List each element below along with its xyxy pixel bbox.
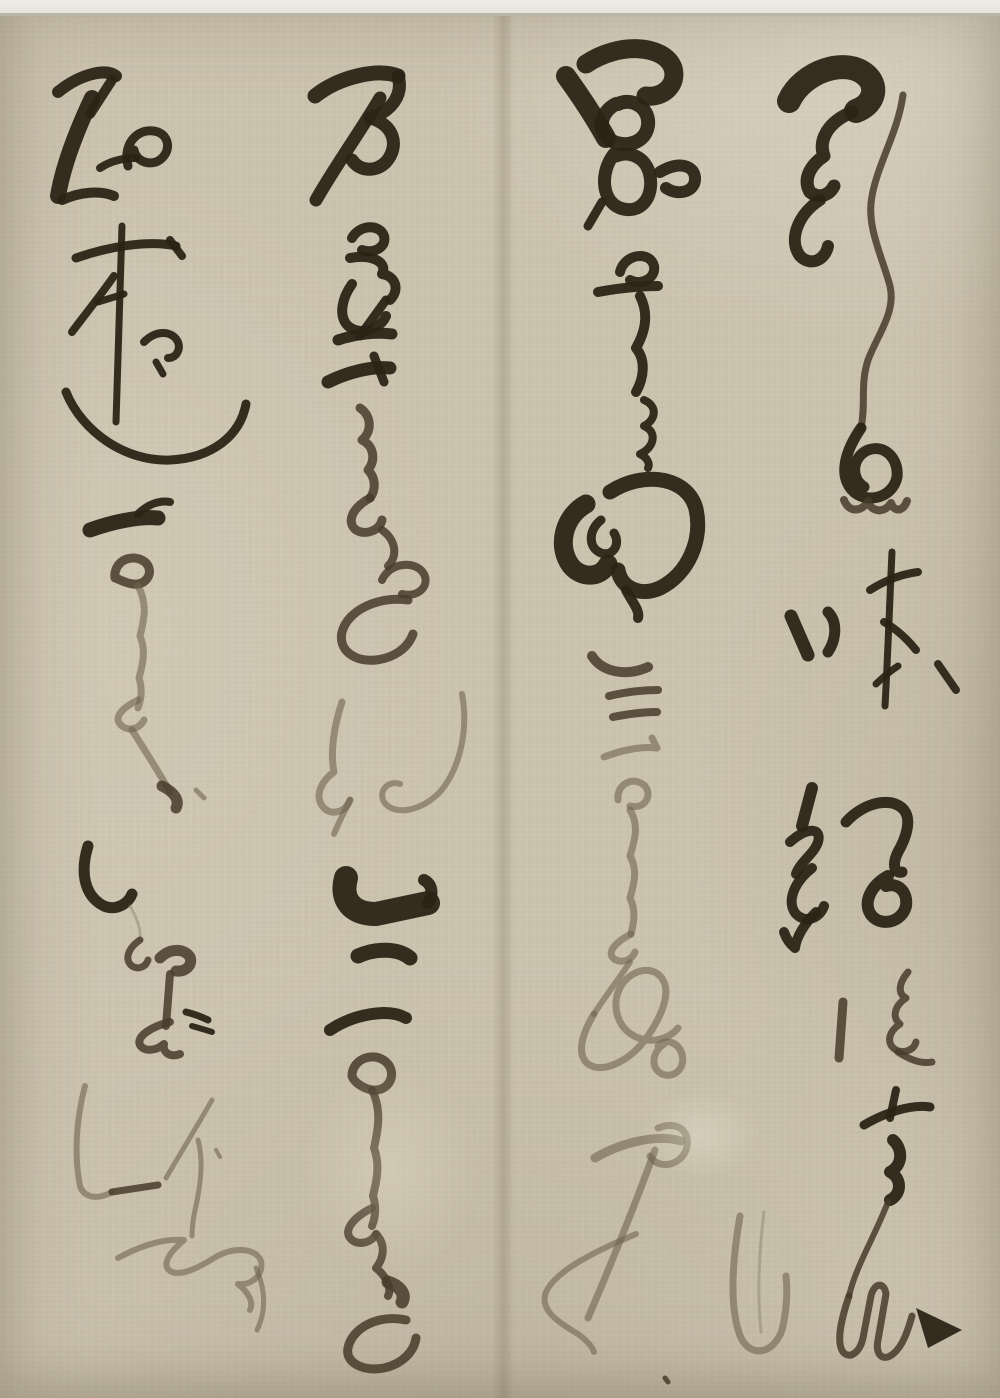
calligraphy-character-l-1 bbox=[58, 73, 168, 200]
brush-stroke bbox=[654, 1042, 683, 1075]
calligraphy-character-cr-1 bbox=[566, 49, 695, 226]
brush-stroke bbox=[338, 333, 392, 340]
brush-stroke bbox=[759, 1212, 764, 1332]
brush-stroke bbox=[610, 479, 698, 591]
brush-stroke bbox=[334, 800, 350, 834]
brush-stroke bbox=[849, 1202, 888, 1296]
brush-stroke bbox=[115, 558, 150, 584]
brush-stroke bbox=[186, 1012, 208, 1020]
brush-stroke bbox=[588, 202, 602, 226]
paper-stain bbox=[640, 1090, 760, 1180]
calligraphy-character-r-5 bbox=[839, 972, 932, 1063]
brush-stroke bbox=[807, 112, 852, 196]
brush-stroke bbox=[196, 790, 204, 798]
brush-stroke bbox=[636, 296, 645, 392]
brush-stroke bbox=[130, 906, 140, 940]
brush-stroke bbox=[330, 1013, 406, 1030]
brush-stroke bbox=[938, 664, 956, 690]
calligraphy-column-center-right bbox=[545, 49, 787, 1382]
paper-fold-seam bbox=[492, 13, 514, 1398]
brush-stroke bbox=[802, 788, 812, 826]
calligraphy-character-l-5 bbox=[77, 1086, 264, 1330]
brush-stroke bbox=[916, 1308, 962, 1348]
brush-stroke bbox=[62, 193, 114, 200]
brush-stroke bbox=[216, 1150, 220, 1157]
brush-stroke bbox=[845, 428, 897, 498]
brush-stroke bbox=[581, 970, 678, 1067]
calligraphy-character-r-2 bbox=[844, 428, 907, 510]
calligraphy-character-cl-1 bbox=[315, 73, 399, 200]
brush-stroke bbox=[602, 102, 648, 144]
brush-stroke bbox=[598, 286, 658, 292]
brush-stroke bbox=[591, 520, 616, 554]
calligraphy-character-cr-4 bbox=[581, 656, 682, 1075]
brush-stroke bbox=[545, 1234, 636, 1352]
calligraphy-character-cl-4 bbox=[319, 694, 464, 834]
brush-stroke bbox=[128, 940, 148, 968]
brush-stroke bbox=[795, 200, 828, 261]
brush-stroke bbox=[144, 333, 179, 358]
brush-stroke bbox=[256, 1268, 264, 1330]
brush-stroke bbox=[382, 530, 394, 566]
brush-stroke bbox=[112, 1185, 158, 1192]
brush-stroke bbox=[192, 1140, 201, 1236]
brush-stroke bbox=[166, 1100, 212, 1178]
brush-stroke bbox=[118, 1240, 261, 1310]
brush-stroke bbox=[789, 67, 873, 111]
calligraphy-character-l-2 bbox=[66, 226, 246, 460]
brush-stroke bbox=[316, 98, 380, 200]
brush-stroke bbox=[360, 408, 374, 498]
brush-stroke bbox=[660, 166, 695, 193]
brush-stroke bbox=[588, 1150, 655, 1318]
calligraphy-column-right bbox=[759, 67, 962, 1357]
brush-stroke bbox=[839, 1002, 843, 1058]
brush-stroke bbox=[160, 950, 191, 971]
calligraphy-character-cr-3 bbox=[563, 479, 697, 618]
paper-stain bbox=[300, 1060, 480, 1280]
calligraphy-character-l-4 bbox=[84, 846, 212, 1055]
brush-stroke bbox=[861, 95, 903, 428]
calligraphy-character-r-6 bbox=[759, 1090, 962, 1357]
brush-stroke bbox=[613, 712, 657, 717]
brush-stroke bbox=[665, 1378, 668, 1382]
brush-stroke bbox=[319, 702, 350, 812]
calligraphy-column-left bbox=[58, 73, 264, 1330]
brush-stroke bbox=[864, 1106, 930, 1125]
brush-stroke bbox=[640, 400, 654, 468]
mount-edge-top bbox=[0, 0, 1000, 16]
calligraphy-character-r-3 bbox=[791, 552, 956, 706]
brush-stroke bbox=[563, 504, 608, 575]
brush-stroke bbox=[170, 240, 182, 256]
brush-stroke bbox=[162, 786, 177, 808]
brush-stroke bbox=[586, 49, 674, 97]
brush-stroke bbox=[791, 616, 808, 655]
brush-stroke bbox=[898, 1052, 932, 1063]
brush-stroke bbox=[341, 599, 413, 660]
calligraphy-scroll bbox=[0, 0, 1000, 1398]
brush-stroke bbox=[116, 226, 122, 422]
calligraphy-character-cl-3 bbox=[328, 356, 426, 660]
brush-stroke bbox=[611, 934, 635, 961]
brush-stroke bbox=[58, 98, 92, 196]
brush-stroke bbox=[592, 656, 648, 672]
brush-stroke bbox=[72, 276, 114, 332]
brush-stroke bbox=[66, 392, 246, 460]
brush-stroke bbox=[374, 356, 384, 382]
brush-stroke bbox=[618, 781, 648, 807]
calligraphy-character-cr-2 bbox=[598, 256, 658, 468]
brush-stroke bbox=[890, 1140, 900, 1200]
brush-stroke bbox=[890, 972, 916, 1052]
brush-stroke bbox=[840, 1285, 912, 1357]
brush-stroke bbox=[192, 1026, 212, 1032]
brush-stroke bbox=[868, 876, 907, 922]
brush-stroke bbox=[828, 612, 835, 652]
brush-stroke bbox=[352, 227, 384, 251]
brush-stroke bbox=[344, 878, 428, 914]
brush-stroke bbox=[620, 256, 654, 282]
calligraphy-character-r-4 bbox=[784, 788, 908, 948]
brush-stroke bbox=[156, 362, 163, 374]
brush-stroke bbox=[630, 810, 635, 934]
calligraphy-character-r-1 bbox=[789, 67, 903, 428]
brush-stroke bbox=[139, 1022, 180, 1055]
calligraphy-character-cl-2 bbox=[338, 227, 396, 340]
brush-stroke bbox=[609, 690, 658, 696]
brush-stroke bbox=[77, 1086, 112, 1197]
brush-stroke bbox=[138, 586, 144, 708]
brush-stroke bbox=[382, 565, 426, 595]
brush-stroke bbox=[604, 154, 650, 210]
brush-stroke bbox=[351, 498, 382, 532]
brush-stroke bbox=[84, 846, 132, 908]
brush-stroke bbox=[604, 738, 657, 757]
brush-stroke bbox=[76, 244, 176, 258]
brush-stroke bbox=[846, 802, 908, 872]
brush-stroke bbox=[870, 572, 918, 590]
brush-stroke bbox=[348, 1319, 416, 1369]
brush-stroke bbox=[594, 962, 630, 1014]
brush-stroke bbox=[90, 518, 158, 530]
brush-stroke bbox=[382, 694, 464, 810]
brush-stroke bbox=[350, 257, 396, 300]
brush-stroke bbox=[358, 950, 410, 958]
calligraphy-character-l-3 bbox=[90, 502, 204, 809]
brush-stroke bbox=[315, 73, 398, 96]
calligraphy-character-cl-5 bbox=[344, 878, 431, 958]
